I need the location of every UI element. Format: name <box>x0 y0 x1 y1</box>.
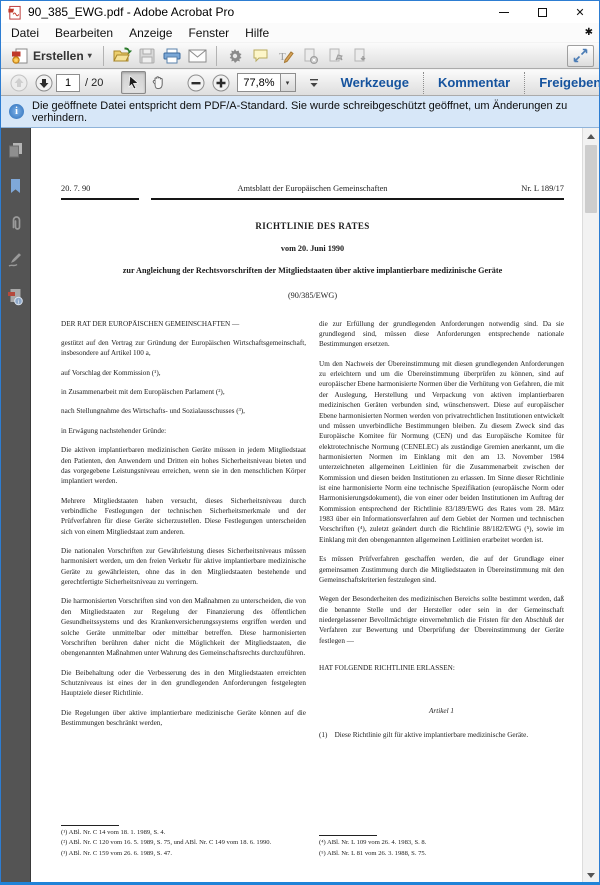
create-pdf-label: Erstellen <box>33 49 84 63</box>
comment-panel-link[interactable]: Kommentar <box>424 73 524 93</box>
directive-subtitle: zur Angleichung der Rechtsvorschriften d… <box>103 266 523 277</box>
main-area: i 20. 7. 90 Amtsblatt der Europäischen G… <box>1 128 599 884</box>
paragraph: auf Vorschlag der Kommission (¹), <box>61 368 306 378</box>
edit-text-button[interactable]: T <box>273 44 298 67</box>
asterisk-icon[interactable]: ✱ <box>579 27 599 38</box>
previous-page-button[interactable] <box>6 71 31 94</box>
menu-datei[interactable]: Datei <box>3 23 47 42</box>
paragraph: Es müssen Prüfverfahren geschaffen werde… <box>319 554 564 585</box>
main-toolbar: Erstellen ▾ <box>1 42 599 69</box>
left-footnotes: (¹) ABl. Nr. C 14 vom 18. 1. 1989, S. 4.… <box>61 825 306 866</box>
page-delete-icon <box>302 48 319 64</box>
directive-title: RICHTLINIE DES RATES <box>61 221 564 231</box>
paragraph: Die Beibehaltung oder die Verbesserung d… <box>61 668 306 699</box>
comment-button[interactable] <box>248 44 273 67</box>
journal-title: Amtsblatt der Europäischen Gemeinschafte… <box>151 184 474 193</box>
customize-toolbar-button[interactable] <box>567 45 594 67</box>
title-bar: 90_385_EWG.pdf - Adobe Acrobat Pro ✕ <box>1 1 599 23</box>
standards-button[interactable]: i <box>1 288 31 306</box>
footnote-rule <box>61 825 119 826</box>
page-insert-icon <box>352 48 369 64</box>
select-cursor-icon <box>125 74 142 91</box>
settings-button[interactable] <box>223 44 248 67</box>
navigation-pane: i <box>1 128 31 884</box>
scrollbar-thumb[interactable] <box>585 145 597 213</box>
toolbar-separator <box>216 46 217 66</box>
email-icon <box>188 49 207 63</box>
pdfa-notice-bar: i Die geöffnete Datei entspricht dem PDF… <box>1 96 599 128</box>
menu-anzeige[interactable]: Anzeige <box>121 23 180 42</box>
paragraph: Die harmonisierten Vorschriften sind von… <box>61 596 306 658</box>
edit-text-icon: T <box>277 48 294 64</box>
paperclip-icon <box>8 215 24 232</box>
scroll-down-button[interactable] <box>583 867 599 884</box>
comment-bubble-icon <box>252 48 269 63</box>
document-page: 20. 7. 90 Amtsblatt der Europäischen Gem… <box>31 128 582 884</box>
journal-header: 20. 7. 90 Amtsblatt der Europäischen Gem… <box>61 184 564 193</box>
footnote: (¹) ABl. Nr. C 14 vom 18. 1. 1989, S. 4. <box>61 828 306 837</box>
expand-arrows-icon <box>573 48 588 63</box>
create-pdf-icon <box>11 47 29 65</box>
close-button[interactable]: ✕ <box>561 1 599 23</box>
footnote-rule <box>319 835 377 836</box>
scroll-up-button[interactable] <box>583 128 599 145</box>
article-text: (1) Diese Richtlinie gilt für aktive imp… <box>319 730 564 740</box>
signatures-button[interactable] <box>1 251 31 269</box>
zoom-level-value: 77,8% <box>238 77 279 89</box>
directive-title-block: RICHTLINIE DES RATES vom 20. Juni 1990 z… <box>61 221 564 300</box>
next-page-button[interactable] <box>31 71 56 94</box>
gear-icon <box>227 48 243 64</box>
page-export-icon <box>327 48 344 64</box>
open-file-button[interactable] <box>110 44 135 67</box>
attachments-button[interactable] <box>1 214 31 232</box>
paragraph: Wegen der Besonderheiten des medizinisch… <box>319 594 564 646</box>
paragraph: Mehrere Mitgliedstaaten haben versucht, … <box>61 496 306 537</box>
paragraph: Die nationalen Vorschriften zur Gewährle… <box>61 546 306 587</box>
print-icon <box>163 48 181 64</box>
insert-page-button[interactable] <box>348 44 373 67</box>
pdf-file-icon <box>7 5 22 20</box>
journal-number: Nr. L 189/17 <box>474 184 564 193</box>
paragraph: in Zusammenarbeit mit dem Europäischen P… <box>61 387 306 397</box>
document-columns: DER RAT DER EUROPÄISCHEN GEMEINSCHAFTEN … <box>61 319 564 867</box>
close-icon: ✕ <box>575 6 584 19</box>
page-count-label: / 20 <box>85 77 103 89</box>
hand-tool-button[interactable] <box>146 71 171 94</box>
bookmarks-button[interactable] <box>1 177 31 195</box>
create-pdf-button[interactable]: Erstellen ▾ <box>6 44 97 67</box>
decree-line: HAT FOLGENDE RICHTLINIE ERLASSEN: <box>319 663 564 673</box>
tools-panel-link[interactable]: Werkzeuge <box>327 73 423 93</box>
hand-tool-icon <box>150 74 167 91</box>
header-rules <box>61 198 564 200</box>
footnote: (²) ABl. Nr. C 120 vom 16. 5. 1989, S. 7… <box>61 838 306 847</box>
minimize-icon <box>499 12 509 13</box>
paragraph: Um den Nachweis der Übereinstimmung mit … <box>319 359 564 545</box>
pdfa-standard-icon: i <box>7 288 24 306</box>
pages-icon <box>7 141 24 158</box>
select-tool-button[interactable] <box>121 71 146 94</box>
zoom-caret-icon: ▾ <box>280 74 295 91</box>
paragraph: in Erwägung nachstehender Gründe: <box>61 426 306 436</box>
page-down-icon <box>35 74 53 92</box>
footnote: (³) ABl. Nr. C 159 vom 26. 6. 1989, S. 4… <box>61 849 306 858</box>
acrobat-window: 90_385_EWG.pdf - Adobe Acrobat Pro ✕ Dat… <box>0 0 600 885</box>
delete-pages-button[interactable] <box>298 44 323 67</box>
zoom-in-button[interactable] <box>208 71 233 94</box>
save-icon <box>139 48 155 64</box>
directive-date: vom 20. Juni 1990 <box>61 244 564 253</box>
zoom-out-button[interactable] <box>183 71 208 94</box>
maximize-icon <box>538 8 547 17</box>
zoom-out-icon <box>187 74 205 92</box>
info-icon: i <box>9 104 24 119</box>
navigation-toolbar: / 20 77,8% ▾ <box>1 69 599 96</box>
right-footnotes: (⁴) ABl. Nr. L 109 vom 26. 4. 1983, S. 8… <box>319 835 564 866</box>
article-heading: Artikel 1 <box>319 706 564 716</box>
left-column: DER RAT DER EUROPÄISCHEN GEMEINSCHAFTEN … <box>61 319 306 867</box>
zoom-menu-button[interactable] <box>302 71 327 94</box>
maximize-button[interactable] <box>523 1 561 23</box>
toolbar-separator <box>103 46 104 66</box>
signature-icon <box>7 252 25 268</box>
chevron-down-icon: ▾ <box>88 51 92 60</box>
export-page-button[interactable] <box>323 44 348 67</box>
minimize-button[interactable] <box>485 1 523 23</box>
paragraph: Die aktiven implantierbaren medizinische… <box>61 445 306 486</box>
footnote: (⁵) ABl. Nr. L 81 vom 26. 3. 1988, S. 75… <box>319 849 564 858</box>
scroll-up-icon <box>587 134 595 139</box>
menu-hilfe[interactable]: Hilfe <box>237 23 277 42</box>
folder-open-icon <box>113 47 132 64</box>
vertical-scrollbar[interactable] <box>582 128 599 884</box>
scrollbar-track[interactable] <box>583 213 599 867</box>
zoom-in-icon <box>212 74 230 92</box>
paragraph: gestützt auf den Vertrag zur Gründung de… <box>61 338 306 359</box>
page-up-icon <box>10 74 28 92</box>
scroll-down-icon <box>587 873 595 878</box>
menu-bearbeiten[interactable]: Bearbeiten <box>47 23 121 42</box>
footnote: (⁴) ABl. Nr. L 109 vom 26. 4. 1983, S. 8… <box>319 838 564 847</box>
window-title: 90_385_EWG.pdf - Adobe Acrobat Pro <box>28 5 485 19</box>
zoom-level-select[interactable]: 77,8% ▾ <box>237 73 295 92</box>
menu-caret-icon <box>308 78 320 88</box>
pdfa-notice-text: Die geöffnete Datei entspricht dem PDF/A… <box>32 100 591 124</box>
paragraph: die zur Erfüllung der grundlegenden Anfo… <box>319 319 564 350</box>
bookmark-icon <box>8 178 23 194</box>
menu-bar: Datei Bearbeiten Anzeige Fenster Hilfe ✱ <box>1 23 599 42</box>
page-number-input[interactable] <box>56 74 80 92</box>
right-column: die zur Erfüllung der grundlegenden Anfo… <box>319 319 564 867</box>
page-thumbnails-button[interactable] <box>1 140 31 158</box>
paragraph: Die Regelungen über aktive implantierbar… <box>61 708 306 729</box>
print-button[interactable] <box>160 44 185 67</box>
share-panel-link[interactable]: Freigeben <box>525 73 600 93</box>
directive-number: (90/385/EWG) <box>61 291 564 300</box>
journal-date: 20. 7. 90 <box>61 184 151 193</box>
email-button[interactable] <box>185 44 210 67</box>
paragraph: DER RAT DER EUROPÄISCHEN GEMEINSCHAFTEN … <box>61 319 306 329</box>
menu-fenster[interactable]: Fenster <box>180 23 237 42</box>
save-button[interactable] <box>135 44 160 67</box>
paragraph: nach Stellungnahme des Wirtschafts- und … <box>61 406 306 416</box>
